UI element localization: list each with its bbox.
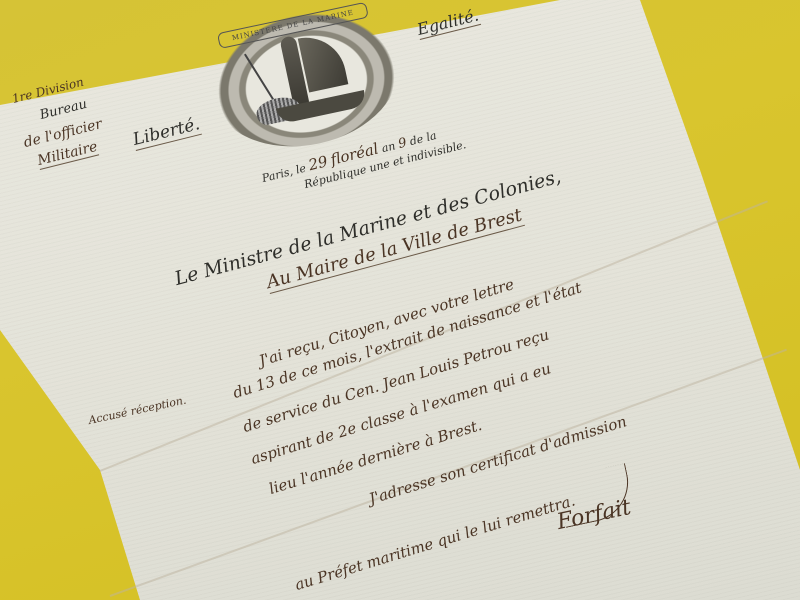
dateline-year-prefix: an — [380, 139, 396, 155]
boat-icon — [276, 90, 367, 124]
dateline-year: 9 — [397, 135, 409, 152]
